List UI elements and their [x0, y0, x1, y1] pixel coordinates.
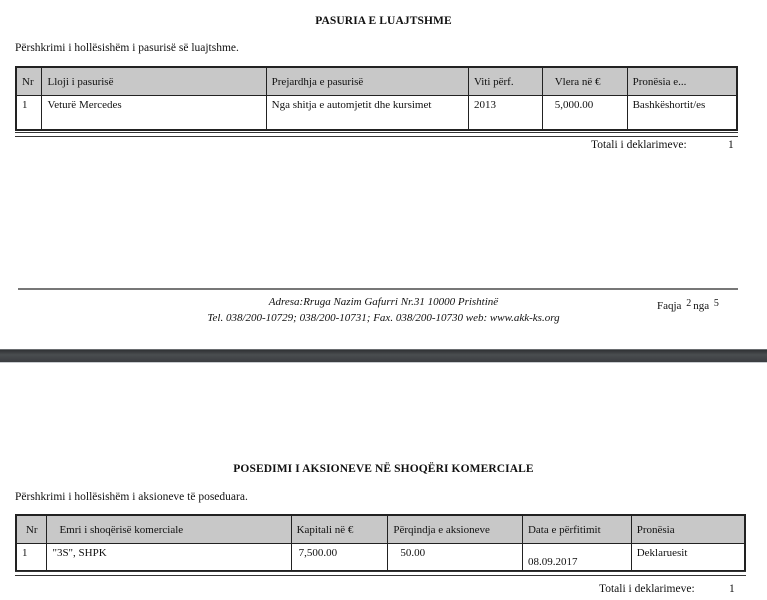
totals-value: 1	[728, 139, 734, 151]
cell-ownership: Deklaruesit	[631, 544, 745, 571]
page-total: 5	[714, 298, 719, 309]
section-description: Përshkrimi i hollësishëm i aksioneve të …	[15, 491, 248, 503]
page-sep: nga	[693, 300, 709, 312]
cell-capital: 7,500.00	[291, 544, 388, 571]
table-row: 1 Veturë Mercedes Nga shitja e automjeti…	[16, 96, 737, 130]
table-double-rule	[15, 571, 746, 576]
section-description: Përshkrimi i hollësishëm i pasurisë së l…	[15, 42, 239, 54]
footer-rule	[18, 288, 738, 290]
footer-address: Adresa:Rruga Nazim Gafurri Nr.31 10000 P…	[0, 296, 767, 308]
cell-nr: 1	[16, 96, 42, 130]
cell-year: 2013	[468, 96, 542, 130]
table-header-row: Nr Emri i shoqërisë komerciale Kapitali …	[16, 515, 745, 544]
header-year: Viti përf.	[468, 67, 542, 96]
header-share-percent: Përqindja e aksioneve	[388, 515, 523, 544]
section-title-movable-assets: PASURIA E LUAJTSHME	[0, 15, 767, 27]
page-number: Faqja 2nga 5	[657, 298, 721, 312]
header-ownership: Pronësia	[631, 515, 745, 544]
header-nr: Nr	[16, 515, 47, 544]
table-header-row: Nr Lloji i pasurisë Prejardhja e pasuris…	[16, 67, 737, 96]
header-origin: Prejardhja e pasurisë	[266, 67, 468, 96]
header-asset-type: Lloji i pasurisë	[42, 67, 266, 96]
table-row: 1 "3S", SHPK 7,500.00 50.00 08.09.2017 D…	[16, 544, 745, 571]
page-current: 2	[686, 298, 691, 309]
page-label: Faqja	[657, 300, 681, 312]
section-title-shares: POSEDIMI I AKSIONEVE NË SHOQËRI KOMERCIA…	[0, 463, 767, 475]
header-acquisition-date: Data e përfitimit	[522, 515, 631, 544]
cell-share-percent: 50.00	[388, 544, 523, 571]
table-double-rule	[15, 132, 738, 137]
header-value: Vlera në €	[542, 67, 627, 96]
cell-nr: 1	[16, 544, 47, 571]
totals-label: Totali i deklarimeve:	[599, 583, 695, 595]
movable-assets-table: Nr Lloji i pasurisë Prejardhja e pasuris…	[15, 66, 738, 131]
cell-company-name: "3S", SHPK	[47, 544, 291, 571]
shares-table: Nr Emri i shoqërisë komerciale Kapitali …	[15, 514, 746, 572]
header-company-name: Emri i shoqërisë komerciale	[47, 515, 291, 544]
cell-origin: Nga shitja e automjetit dhe kursimet	[266, 96, 468, 130]
header-ownership: Pronësia e...	[627, 67, 737, 96]
cell-acquisition-date: 08.09.2017	[522, 544, 631, 571]
footer-contact: Tel. 038/200-10729; 038/200-10731; Fax. …	[0, 312, 767, 324]
totals-label: Totali i deklarimeve:	[591, 139, 687, 151]
totals-value: 1	[729, 583, 735, 595]
cell-ownership: Bashkëshortit/es	[627, 96, 737, 130]
document-page-3: POSEDIMI I AKSIONEVE NË SHOQËRI KOMERCIA…	[0, 363, 767, 600]
header-capital: Kapitali në €	[291, 515, 388, 544]
page-separator	[0, 349, 767, 363]
cell-value: 5,000.00	[542, 96, 627, 130]
header-nr: Nr	[16, 67, 42, 96]
document-page-2: PASURIA E LUAJTSHME Përshkrimi i hollësi…	[0, 0, 767, 349]
cell-asset-type: Veturë Mercedes	[42, 96, 266, 130]
